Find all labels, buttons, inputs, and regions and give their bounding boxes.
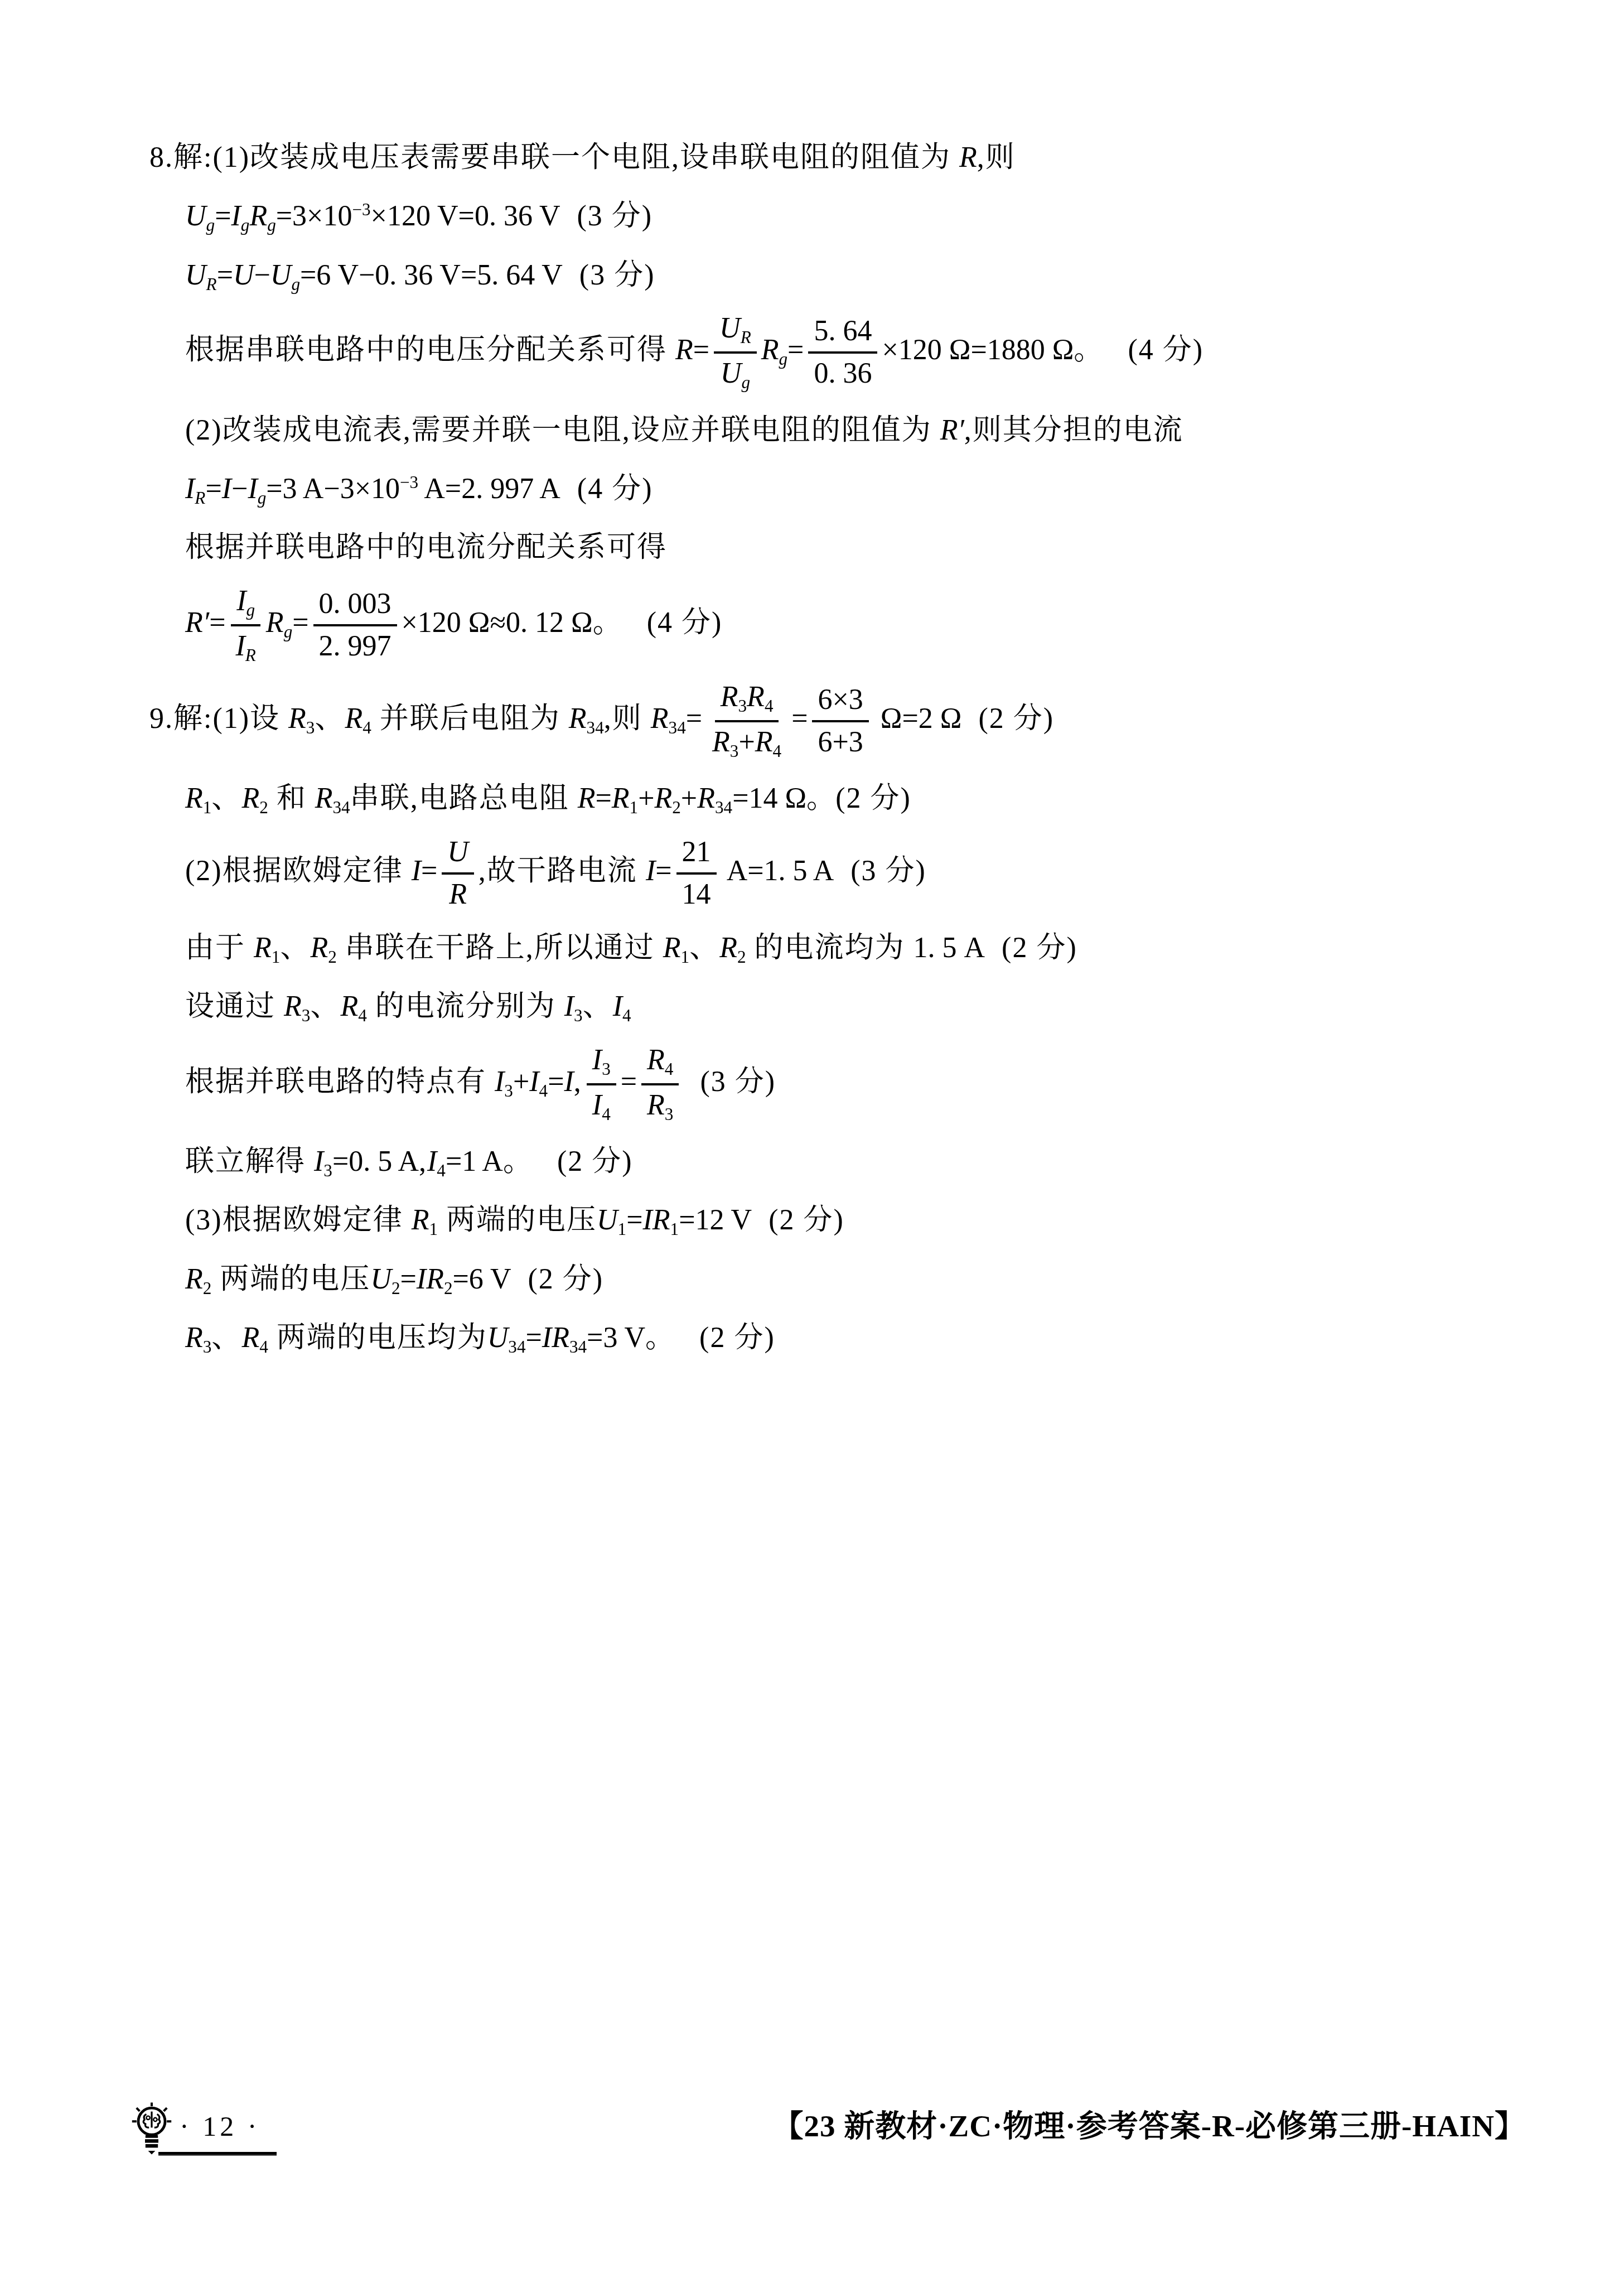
solution-line-9: 9.解:(1)设 R3、R4 并联后电阻为 R34,则 R34=R3R4R3+R… bbox=[149, 682, 1485, 761]
text-run: 4 bbox=[358, 1006, 367, 1025]
text-run: R bbox=[185, 783, 203, 814]
text-run: = bbox=[292, 607, 308, 639]
solution-line-2: Ug=IgRg=3×10−3×120 V=0. 36 V (3 分) bbox=[185, 195, 1485, 237]
numerator: 21 bbox=[676, 837, 717, 875]
text-run: U bbox=[185, 200, 206, 232]
text-run: R bbox=[578, 783, 596, 814]
text-run: R bbox=[310, 932, 328, 964]
solution-line-8: R′=IgIRRg=0. 0032. 997×120 Ω≈0. 12 Ω。 (4… bbox=[185, 586, 1485, 665]
text-run: 2 bbox=[391, 1278, 400, 1298]
text-run: R bbox=[288, 703, 306, 735]
denominator: 14 bbox=[676, 875, 717, 910]
solution-line-13: 设通过 R3、R4 的电流分别为 I3、I4 bbox=[185, 986, 1485, 1027]
text-run: 、 bbox=[583, 991, 613, 1022]
text-run: g bbox=[779, 349, 788, 369]
numerator: R3R4 bbox=[715, 682, 779, 722]
text-run: g bbox=[246, 600, 255, 620]
page-number: · 12 · bbox=[180, 2106, 260, 2147]
text-run: R bbox=[741, 327, 751, 347]
text-run: R bbox=[241, 1322, 259, 1354]
text-run: 和 bbox=[268, 783, 315, 814]
text-run: ×120 Ω≈0. 12 Ω。 bbox=[402, 607, 622, 639]
solution-line-4: 根据串联电路中的电压分配关系可得 R=URUgRg=5. 640. 36×120… bbox=[185, 313, 1485, 392]
text-run: 6+3 bbox=[818, 726, 863, 758]
text-run: ,则 bbox=[977, 142, 1016, 173]
solution-line-17: R2 两端的电压U2=IR2=6 V (2 分) bbox=[185, 1258, 1485, 1300]
fraction: I3I4 bbox=[587, 1045, 616, 1124]
text-run: −3 bbox=[400, 472, 418, 492]
text-run: 1 bbox=[203, 798, 212, 817]
text-run: 2 bbox=[737, 947, 746, 967]
text-run: R bbox=[647, 1089, 665, 1121]
denominator: 6+3 bbox=[812, 722, 868, 758]
text-run: 14 bbox=[682, 879, 711, 910]
text-run: ,则 bbox=[604, 703, 651, 735]
text-run: 两端的电压均为 bbox=[268, 1322, 487, 1354]
text-run: 根据串联电路中的电压分配关系可得 bbox=[185, 334, 675, 366]
text-run: 的电流分别为 bbox=[367, 991, 564, 1022]
text-run: 4 bbox=[602, 1104, 611, 1124]
text-run: I bbox=[314, 1146, 323, 1177]
solution-line-6: IR=I−Ig=3 A−3×10−3 A=2. 997 A (4 分) bbox=[185, 468, 1485, 510]
text-run: 1. 5 A bbox=[913, 932, 985, 964]
text-run: 1 bbox=[681, 947, 690, 967]
text-run: = bbox=[595, 783, 611, 814]
text-run: 5. 64 bbox=[814, 315, 872, 347]
text-run: = bbox=[693, 334, 709, 366]
text-run: = bbox=[421, 855, 437, 887]
text-run: (3 分) bbox=[560, 200, 653, 232]
text-run: I bbox=[412, 855, 421, 887]
text-run: 、 bbox=[310, 991, 340, 1022]
text-run: I bbox=[236, 585, 246, 617]
text-run: 2 bbox=[444, 1278, 453, 1298]
text-run: − bbox=[231, 473, 248, 505]
text-run: = bbox=[400, 1263, 417, 1295]
denominator: R bbox=[443, 875, 472, 910]
text-run: 4 bbox=[259, 1337, 268, 1357]
text-run: 3 bbox=[665, 1104, 674, 1124]
text-run: R bbox=[612, 783, 630, 814]
text-run: 并联后电阻为 bbox=[371, 703, 569, 735]
text-run: 4 bbox=[622, 1006, 631, 1025]
text-run: R bbox=[651, 703, 669, 735]
solution-line-10: R1、R2 和 R34串联,电路总电阻 R=R1+R2+R34=14 Ω。(2 … bbox=[185, 778, 1485, 819]
text-run: = bbox=[787, 334, 804, 366]
text-run: R bbox=[719, 932, 737, 964]
text-run: 2 bbox=[203, 1278, 212, 1298]
text-run: R bbox=[195, 488, 205, 508]
text-run: 34 bbox=[669, 718, 686, 737]
fraction: IgIR bbox=[230, 586, 261, 665]
text-run: 1 bbox=[630, 798, 639, 817]
text-run: g bbox=[291, 274, 300, 294]
text-run: R bbox=[241, 783, 259, 814]
fraction: R3R4R3+R4 bbox=[707, 682, 787, 761]
text-run: 3 bbox=[738, 696, 747, 716]
text-run: R bbox=[755, 726, 773, 758]
text-run: = bbox=[526, 1322, 542, 1354]
text-run: + bbox=[681, 783, 697, 814]
text-run: 3 bbox=[602, 1059, 611, 1079]
text-run: 、 bbox=[280, 932, 310, 964]
text-run: 1 bbox=[272, 947, 281, 967]
text-run: 两端的电压 bbox=[438, 1204, 597, 1236]
text-run: U bbox=[447, 836, 468, 868]
text-run: 串联,电路总电阻 bbox=[350, 783, 578, 814]
text-run: 34 bbox=[715, 798, 732, 817]
text-run: 2 bbox=[259, 798, 268, 817]
text-run: U bbox=[719, 312, 741, 344]
text-run: R bbox=[340, 991, 358, 1022]
text-run: (4 分) bbox=[1103, 334, 1203, 366]
text-run: (2)改装成电流表,需要并联一电阻,设应并联电阻的阻值为 bbox=[185, 414, 940, 446]
text-run: R bbox=[185, 1322, 203, 1354]
solution-line-16: (3)根据欧姆定律 R1 两端的电压U1=IR1=12 V (2 分) bbox=[185, 1199, 1485, 1241]
text-run: I bbox=[529, 1066, 539, 1098]
text-run: Ω=2 Ω bbox=[873, 703, 962, 735]
text-run: =12 V bbox=[679, 1204, 752, 1236]
text-run: R′ bbox=[185, 607, 209, 639]
text-run: ×120 Ω=1880 Ω。 bbox=[882, 334, 1103, 366]
text-run: (2 分) bbox=[674, 1322, 775, 1354]
text-run: , bbox=[419, 1146, 427, 1177]
text-run: R bbox=[206, 274, 217, 294]
text-run: = bbox=[548, 1066, 564, 1098]
text-run: U bbox=[270, 259, 292, 291]
denominator: I4 bbox=[587, 1085, 616, 1124]
text-run: = bbox=[626, 1204, 642, 1236]
text-run: g bbox=[258, 488, 267, 508]
brain-bulb-icon bbox=[129, 2102, 174, 2160]
numerator: R4 bbox=[641, 1045, 679, 1085]
text-run: − bbox=[254, 259, 270, 291]
numerator: 0. 003 bbox=[313, 588, 397, 626]
text-run: =3×10 bbox=[276, 200, 352, 232]
numerator: UR bbox=[714, 313, 757, 354]
text-run: IR bbox=[643, 1204, 670, 1236]
text-run: 6×3 bbox=[818, 684, 863, 716]
text-run: 8.解:(1)改装成电压表需要串联一个电阻,设串联电阻的阻值为 bbox=[149, 142, 959, 173]
text-run: = bbox=[655, 855, 671, 887]
text-run: (2)根据欧姆定律 bbox=[185, 855, 412, 887]
text-run: 2. 997 bbox=[319, 630, 391, 662]
text-run: 的电流均为 bbox=[746, 932, 913, 964]
text-run: + bbox=[513, 1066, 529, 1098]
text-run: =0. 5 A bbox=[332, 1146, 419, 1177]
text-run: (2 分) bbox=[752, 1204, 844, 1236]
text-run: 、 bbox=[211, 783, 241, 814]
book-imprint: 【23 新教材·ZC·物理·参考答案-R-必修第三册-HAIN】 bbox=[773, 2104, 1526, 2149]
text-run: 4 bbox=[362, 718, 371, 737]
numerator: Ig bbox=[231, 586, 260, 626]
text-run: g bbox=[284, 622, 293, 641]
text-run: =6 V bbox=[453, 1263, 511, 1295]
text-run: 3 bbox=[306, 718, 315, 737]
text-run: 34 bbox=[569, 1337, 587, 1357]
text-run: =14 Ω。 bbox=[732, 783, 835, 814]
text-run: R bbox=[315, 783, 333, 814]
text-run: A=2. 997 A bbox=[418, 473, 560, 505]
text-run: (3 分) bbox=[563, 259, 655, 291]
text-run: R bbox=[655, 783, 673, 814]
text-run: ,故干路电流 bbox=[478, 855, 646, 887]
solution-line-15: 联立解得 I3=0. 5 A,I4=1 A。 (2 分) bbox=[185, 1141, 1485, 1182]
solution-line-12: 由于 R1、R2 串联在干路上,所以通过 R1、R2 的电流均为 1. 5 A … bbox=[185, 927, 1485, 969]
text-run: 0. 36 bbox=[814, 358, 872, 389]
text-run: I bbox=[427, 1146, 437, 1177]
text-run: 0. 003 bbox=[319, 588, 391, 620]
denominator: Ug bbox=[715, 354, 756, 392]
text-run: R bbox=[761, 334, 779, 366]
numerator: I3 bbox=[587, 1045, 616, 1085]
text-run: I bbox=[564, 991, 574, 1022]
text-run: R bbox=[712, 726, 730, 758]
text-run: 3 bbox=[302, 1006, 311, 1025]
text-run: 3 bbox=[504, 1081, 513, 1101]
text-run: U bbox=[185, 259, 206, 291]
text-run: R bbox=[449, 879, 467, 910]
text-run: −3 bbox=[352, 200, 370, 219]
text-run: = bbox=[621, 1066, 637, 1098]
text-run: I bbox=[592, 1089, 602, 1121]
fraction: 2114 bbox=[676, 837, 717, 910]
text-run: R bbox=[569, 703, 587, 735]
text-run: 21 bbox=[682, 836, 711, 868]
text-run: 34 bbox=[508, 1337, 525, 1357]
denominator: 2. 997 bbox=[313, 626, 397, 662]
text-run: I bbox=[185, 473, 195, 505]
text-run: 4 bbox=[665, 1059, 674, 1079]
fraction: URUg bbox=[714, 313, 757, 392]
text-run: = bbox=[686, 703, 702, 735]
text-run: (2 分) bbox=[532, 1146, 633, 1177]
denominator: R3 bbox=[641, 1085, 679, 1124]
text-run: 4 bbox=[437, 1161, 446, 1180]
text-run: 9.解:(1)设 bbox=[149, 703, 288, 735]
fraction: R4R3 bbox=[641, 1045, 679, 1124]
page-number-rule bbox=[158, 2152, 277, 2156]
text-run: 串联在干路上,所以通过 bbox=[337, 932, 663, 964]
text-run: U bbox=[597, 1204, 618, 1236]
text-run: 、 bbox=[211, 1322, 241, 1354]
text-run: ×120 V=0. 36 V bbox=[371, 200, 560, 232]
text-run: U bbox=[721, 358, 742, 389]
text-run: = bbox=[205, 473, 221, 505]
text-run: g bbox=[267, 215, 276, 235]
text-run: R bbox=[245, 645, 256, 665]
text-run: R bbox=[254, 932, 272, 964]
text-run: R bbox=[345, 703, 362, 735]
text-run: I bbox=[248, 473, 257, 505]
text-run: (2 分) bbox=[961, 703, 1054, 735]
text-run: R bbox=[959, 142, 977, 173]
text-run: R bbox=[675, 334, 693, 366]
text-run: 4 bbox=[773, 741, 782, 761]
text-run: 34 bbox=[333, 798, 350, 817]
text-run: IR bbox=[417, 1263, 444, 1295]
text-run: =3 V。 bbox=[587, 1322, 674, 1354]
text-run: = bbox=[209, 607, 225, 639]
text-run: = bbox=[217, 259, 233, 291]
text-run: R bbox=[266, 607, 284, 639]
text-run: 由于 bbox=[185, 932, 254, 964]
text-run: R bbox=[697, 783, 715, 814]
solution-line-5: (2)改装成电流表,需要并联一电阻,设应并联电阻的阻值为 R′,则其分担的电流 bbox=[185, 409, 1485, 451]
text-run: R bbox=[249, 200, 267, 232]
text-run: (2 分) bbox=[511, 1263, 604, 1295]
fraction: 6×36+3 bbox=[812, 684, 868, 758]
fraction: 5. 640. 36 bbox=[808, 316, 877, 389]
text-run: 3 bbox=[574, 1006, 583, 1025]
text-run: (3)根据欧姆定律 bbox=[185, 1204, 412, 1236]
text-run: U bbox=[370, 1263, 391, 1295]
text-run: 设通过 bbox=[185, 991, 284, 1022]
text-run: =3 A−3×10 bbox=[266, 473, 400, 505]
text-run: 2 bbox=[328, 947, 337, 967]
text-run: 两端的电压 bbox=[211, 1263, 370, 1295]
text-run: (4 分) bbox=[622, 607, 723, 639]
text-run: I bbox=[231, 200, 240, 232]
text-run: 2 bbox=[672, 798, 681, 817]
text-run: IR bbox=[542, 1322, 569, 1354]
text-run: 3 bbox=[203, 1337, 212, 1357]
text-run: U bbox=[487, 1322, 509, 1354]
text-run: I bbox=[592, 1044, 602, 1076]
text-run: R′ bbox=[940, 414, 964, 446]
text-run: R bbox=[647, 1044, 665, 1076]
denominator: 0. 36 bbox=[808, 354, 877, 389]
text-run: I bbox=[495, 1066, 504, 1098]
solution-line-7: 根据并联电路中的电流分配关系可得 bbox=[185, 527, 1485, 568]
text-run: , bbox=[574, 1066, 582, 1098]
text-run: U bbox=[233, 259, 254, 291]
text-run: 1 bbox=[670, 1219, 679, 1239]
denominator: R3+R4 bbox=[707, 722, 787, 761]
numerator: 6×3 bbox=[812, 684, 868, 722]
text-run: R bbox=[663, 932, 681, 964]
text-run: 4 bbox=[765, 696, 774, 716]
text-run: 1 bbox=[618, 1219, 627, 1239]
solution-line-18: R3、R4 两端的电压均为U34=IR34=3 V。 (2 分) bbox=[185, 1317, 1485, 1359]
text-run: 4 bbox=[539, 1081, 548, 1101]
text-run: 34 bbox=[587, 718, 604, 737]
text-run: = bbox=[215, 200, 231, 232]
solution-line-11: (2)根据欧姆定律 I=UR,故干路电流 I=2114 A=1. 5 A (3 … bbox=[185, 837, 1485, 910]
text-run: (4 分) bbox=[560, 473, 653, 505]
text-run: =6 V−0. 36 V=5. 64 V bbox=[300, 259, 563, 291]
text-run: g bbox=[741, 373, 750, 392]
text-run: = bbox=[791, 703, 808, 735]
text-run: I bbox=[646, 855, 655, 887]
text-run: 联立解得 bbox=[185, 1146, 314, 1177]
text-run: I bbox=[235, 630, 245, 662]
solution-line-14: 根据并联电路的特点有 I3+I4=I,I3I4=R4R3 (3 分) bbox=[185, 1045, 1485, 1124]
text-run: (3 分) bbox=[834, 855, 926, 887]
text-run: + bbox=[638, 783, 654, 814]
fraction: UR bbox=[442, 837, 474, 910]
text-run: R bbox=[284, 991, 302, 1022]
text-run: (2 分) bbox=[835, 783, 911, 814]
numerator: U bbox=[442, 837, 474, 875]
answer-solutions: 8.解:(1)改装成电压表需要串联一个电阻,设串联电阻的阻值为 R,则Ug=Ig… bbox=[185, 137, 1485, 1375]
text-run: 、 bbox=[689, 932, 719, 964]
text-run: R bbox=[721, 681, 738, 713]
text-run: I bbox=[222, 473, 231, 505]
solution-line-3: UR=U−Ug=6 V−0. 36 V=5. 64 V (3 分) bbox=[185, 254, 1485, 296]
text-run: R bbox=[747, 681, 765, 713]
text-run: A=1. 5 A bbox=[721, 855, 834, 887]
text-run: ,则其分担的电流 bbox=[964, 414, 1183, 446]
text-run: 根据并联电路中的电流分配关系可得 bbox=[185, 532, 667, 563]
text-run: g bbox=[241, 215, 250, 235]
text-run: R bbox=[412, 1204, 429, 1236]
text-run: R bbox=[185, 1263, 203, 1295]
text-run: + bbox=[738, 726, 755, 758]
page-footer: · 12 · 【23 新教材·ZC·物理·参考答案-R-必修第三册-HAIN】 bbox=[0, 2098, 1624, 2188]
text-run: 3 bbox=[730, 741, 739, 761]
text-run: (2 分) bbox=[985, 932, 1077, 964]
text-run: 3 bbox=[323, 1161, 332, 1180]
denominator: IR bbox=[230, 626, 261, 665]
text-run: I bbox=[564, 1066, 574, 1098]
text-run: 、 bbox=[315, 703, 345, 735]
text-run: I bbox=[613, 991, 622, 1022]
solution-line-1: 8.解:(1)改装成电压表需要串联一个电阻,设串联电阻的阻值为 R,则 bbox=[149, 137, 1485, 178]
text-run: 根据并联电路的特点有 bbox=[185, 1066, 495, 1098]
text-run: 1 bbox=[429, 1219, 438, 1239]
numerator: 5. 64 bbox=[808, 316, 877, 354]
text-run: (3 分) bbox=[683, 1066, 776, 1098]
fraction: 0. 0032. 997 bbox=[313, 588, 397, 662]
text-run: =1 A。 bbox=[446, 1146, 532, 1177]
text-run: g bbox=[206, 215, 215, 235]
